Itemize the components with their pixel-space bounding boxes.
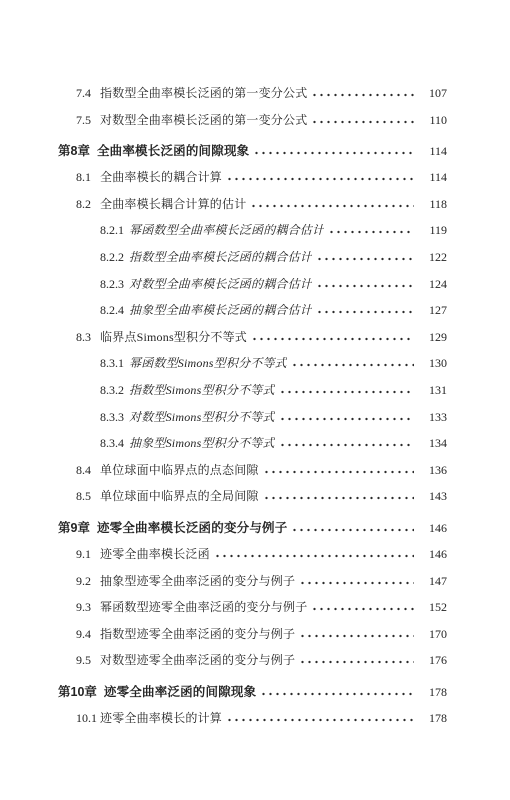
entry-page-number: 178: [421, 705, 447, 732]
entry-number: 9.2: [76, 568, 100, 595]
toc-entry-row: 8.5 单位球面中临界点的全局间隙 143: [58, 483, 447, 510]
entry-title: 抽象型Simons型积分不等式: [129, 430, 275, 457]
toc-entry-row: 8.2 全曲率模长耦合计算的估计 118: [58, 191, 447, 218]
entry-number: 9.5: [76, 647, 100, 674]
dot-leader: [328, 230, 414, 234]
entry-page-number: 152: [421, 594, 447, 621]
entry-number: 9.4: [76, 621, 100, 648]
entry-page-number: 119: [421, 217, 447, 244]
entry-title: 幂函数型Simons型积分不等式: [129, 350, 287, 377]
toc-entry-row: 8.2.2 指数型全曲率模长泛函的耦合估计 122: [58, 244, 447, 271]
entry-page-number: 107: [421, 80, 447, 107]
toc-entry-row: 10.1 迹零全曲率模长的计算 178: [58, 705, 447, 732]
entry-title: 指数型全曲率模长泛函的第一变分公式: [100, 80, 307, 107]
entry-number: 8.2.1: [100, 217, 129, 244]
entry-title: 对数型全曲率模长泛函的第一变分公式: [100, 107, 307, 134]
dot-leader: [291, 528, 414, 532]
entry-title: 抽象型全曲率模长泛函的耦合估计: [129, 297, 312, 324]
toc-entry-row: 8.2.3 对数型全曲率模长泛函的耦合估计 124: [58, 271, 447, 298]
toc-entry-row: 9.4 指数型迹零全曲率泛函的变分与例子 170: [58, 621, 447, 648]
dot-leader: [299, 581, 414, 585]
entry-title: 单位球面中临界点的全局间隙: [100, 483, 259, 510]
entry-page-number: 170: [421, 621, 447, 648]
entry-number: 8.2.2: [100, 244, 129, 271]
entry-page-number: 122: [421, 244, 447, 271]
entry-page-number: 136: [421, 457, 447, 484]
entry-page-number: 114: [421, 138, 447, 165]
toc-entry-row: 8.2.1 幂函数型全曲率模长泛函的耦合估计 119: [58, 217, 447, 244]
toc-entry-row: 8.3 临界点Simons型积分不等式 129: [58, 324, 447, 351]
entry-title: 单位球面中临界点的点态间隙: [100, 457, 259, 484]
toc-entry-row: 7.4 指数型全曲率模长泛函的第一变分公式 107: [58, 80, 447, 107]
dot-leader: [260, 692, 414, 696]
entry-title: 指数型Simons型积分不等式: [129, 377, 275, 404]
entry-title: 临界点Simons型积分不等式: [100, 324, 247, 351]
entry-title: 迹零全曲率泛函的间隙现象: [104, 679, 256, 706]
entry-title: 指数型全曲率模长泛函的耦合估计: [129, 244, 312, 271]
dot-leader: [316, 310, 414, 314]
entry-page-number: 130: [421, 350, 447, 377]
entry-number: 9.1: [76, 541, 100, 568]
entry-number: 7.4: [76, 80, 100, 107]
dot-leader: [250, 204, 414, 208]
dot-leader: [311, 607, 414, 611]
entry-page-number: 146: [421, 541, 447, 568]
toc-entry-row: 8.3.1 幂函数型Simons型积分不等式 130: [58, 350, 447, 377]
entry-title: 全曲率模长耦合计算的估计: [100, 191, 246, 218]
dot-leader: [291, 363, 414, 367]
toc-entry-row: 8.3.2 指数型Simons型积分不等式 131: [58, 377, 447, 404]
entry-title: 全曲率模长的耦合计算: [100, 164, 222, 191]
dot-leader: [251, 337, 414, 341]
toc-chapter-row: 第8章 全曲率模长泛函的间隙现象 114: [58, 138, 447, 165]
entry-title: 指数型迹零全曲率泛函的变分与例子: [100, 621, 295, 648]
document-page: 7.4 指数型全曲率模长泛函的第一变分公式 107 7.5 对数型全曲率模长泛函…: [0, 0, 510, 800]
dot-leader: [279, 417, 414, 421]
entry-number: 8.2.4: [100, 297, 129, 324]
entry-number: 8.4: [76, 457, 100, 484]
entry-number: 8.3: [76, 324, 100, 351]
entry-number: 8.3.4: [100, 430, 129, 457]
entry-page-number: 110: [421, 107, 447, 134]
entry-title: 对数型迹零全曲率泛函的变分与例子: [100, 647, 295, 674]
entry-page-number: 129: [421, 324, 447, 351]
table-of-contents: 7.4 指数型全曲率模长泛函的第一变分公式 107 7.5 对数型全曲率模长泛函…: [58, 80, 447, 732]
entry-number: 8.5: [76, 483, 100, 510]
entry-title: 对数型Simons型积分不等式: [129, 404, 275, 431]
toc-entry-row: 9.1 迹零全曲率模长泛函 146: [58, 541, 447, 568]
entry-number: 10.1: [76, 705, 100, 732]
toc-entry-row: 8.1 全曲率模长的耦合计算 114: [58, 164, 447, 191]
entry-page-number: 114: [421, 164, 447, 191]
entry-number: 8.2.3: [100, 271, 129, 298]
toc-chapter-row: 第9章 迹零全曲率模长泛函的变分与例子 146: [58, 515, 447, 542]
entry-page-number: 176: [421, 647, 447, 674]
entry-title: 抽象型迹零全曲率泛函的变分与例子: [100, 568, 295, 595]
entry-title: 迹零全曲率模长泛函的变分与例子: [97, 515, 288, 542]
entry-number: 8.2: [76, 191, 100, 218]
entry-number: 8.3.1: [100, 350, 129, 377]
entry-number: 7.5: [76, 107, 100, 134]
toc-entry-row: 9.2 抽象型迹零全曲率泛函的变分与例子 147: [58, 568, 447, 595]
toc-chapter-row: 第10章 迹零全曲率泛函的间隙现象 178: [58, 679, 447, 706]
entry-title: 幂函数型迹零全曲率泛函的变分与例子: [100, 594, 307, 621]
toc-entry-row: 8.3.3 对数型Simons型积分不等式 133: [58, 404, 447, 431]
dot-leader: [279, 390, 414, 394]
dot-leader: [279, 443, 414, 447]
dot-leader: [226, 718, 414, 722]
entry-title: 幂函数型全曲率模长泛函的耦合估计: [129, 217, 324, 244]
toc-entry-row: 8.3.4 抽象型Simons型积分不等式 134: [58, 430, 447, 457]
entry-number: 8.3.2: [100, 377, 129, 404]
entry-page-number: 143: [421, 483, 447, 510]
entry-page-number: 124: [421, 271, 447, 298]
entry-page-number: 131: [421, 377, 447, 404]
entry-number: 第8章: [58, 138, 90, 165]
dot-leader: [299, 660, 414, 664]
entry-title: 迹零全曲率模长泛函: [100, 541, 210, 568]
toc-entry-row: 8.2.4 抽象型全曲率模长泛函的耦合估计 127: [58, 297, 447, 324]
dot-leader: [316, 284, 414, 288]
dot-leader: [214, 554, 414, 558]
toc-entry-row: 9.5 对数型迹零全曲率泛函的变分与例子 176: [58, 647, 447, 674]
entry-number: 第9章: [58, 515, 90, 542]
entry-number: 8.1: [76, 164, 100, 191]
dot-leader: [263, 470, 414, 474]
entry-title: 迹零全曲率模长的计算: [100, 705, 222, 732]
toc-entry-row: 9.3 幂函数型迹零全曲率泛函的变分与例子 152: [58, 594, 447, 621]
entry-page-number: 133: [421, 404, 447, 431]
entry-number: 第10章: [58, 679, 97, 706]
dot-leader: [253, 151, 414, 155]
toc-entry-row: 7.5 对数型全曲率模长泛函的第一变分公式 110: [58, 107, 447, 134]
dot-leader: [311, 93, 414, 97]
dot-leader: [316, 257, 414, 261]
toc-entry-row: 8.4 单位球面中临界点的点态间隙 136: [58, 457, 447, 484]
entry-page-number: 127: [421, 297, 447, 324]
dot-leader: [299, 634, 414, 638]
entry-page-number: 146: [421, 515, 447, 542]
entry-page-number: 134: [421, 430, 447, 457]
entry-page-number: 147: [421, 568, 447, 595]
dot-leader: [263, 496, 414, 500]
dot-leader: [226, 177, 414, 181]
entry-page-number: 118: [421, 191, 447, 218]
entry-title: 对数型全曲率模长泛函的耦合估计: [129, 271, 312, 298]
entry-page-number: 178: [421, 679, 447, 706]
dot-leader: [311, 120, 414, 124]
entry-number: 8.3.3: [100, 404, 129, 431]
entry-title: 全曲率模长泛函的间隙现象: [97, 138, 249, 165]
entry-number: 9.3: [76, 594, 100, 621]
